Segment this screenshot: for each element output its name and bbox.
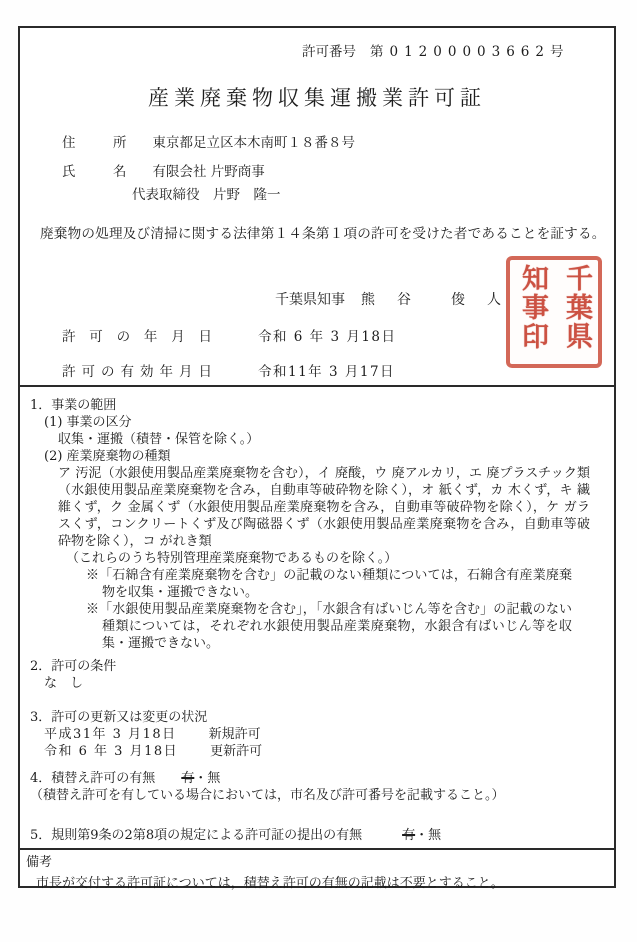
address-row: 住 所東京都足立区本木南町１８番８号	[62, 131, 355, 151]
document-title: 産業廃棄物収集運搬業許可証	[20, 82, 614, 112]
address-label: 住 所	[62, 131, 139, 151]
asbestos-note: ※「石綿含有産業廃棄物を含む」の記載のない種類については，石綿含有産業廃棄物を収…	[102, 567, 572, 601]
permit-number-row: 許可番号第01200003662号	[302, 40, 569, 60]
grant-date-row: 許可の年月日令和 6 年 3 月18日	[62, 325, 397, 345]
history-row: 平成31年 3 月18日新規許可	[44, 726, 608, 743]
issuer-name: 熊 谷 俊 人	[361, 292, 505, 308]
remarks-label: 備考	[26, 851, 608, 870]
history-date: 令和 6 年 3 月18日	[44, 744, 178, 759]
section2-heading: 2．許可の条件	[30, 658, 608, 675]
expiry-date-label: 許可の有効年月日	[62, 360, 212, 380]
section1-sub2-heading: (2) 産業廃棄物の種類	[44, 448, 608, 465]
section-business-scope: 1．事業の範囲 (1) 事業の区分 収集・運搬（積替・保管を除く。） (2) 産…	[30, 397, 608, 652]
section-permit-conditions: 2．許可の条件 な し	[30, 658, 608, 692]
section-transshipment-permit: 4．積替え許可の有無有・無 （積替え許可を有している場合においては，市名及び許可…	[30, 770, 608, 804]
grant-date-value: 令和 6 年 3 月18日	[258, 329, 397, 345]
seal-characters: 千葉県知事印	[510, 264, 598, 360]
issuer-title: 千葉県知事	[275, 292, 345, 308]
section1-heading: 1．事業の範囲	[30, 397, 608, 414]
expiry-date-value: 令和11年 3 月17日	[258, 364, 395, 380]
remarks-body: 市長が交付する許可証については，積替え許可の有無の記載は不要とすること。	[36, 872, 608, 891]
remarks-box: 備考 市長が交付する許可証については，積替え許可の有無の記載は不要とすること。	[18, 848, 616, 888]
issuer-row: 千葉県知事熊 谷 俊 人	[275, 289, 505, 309]
section-divider	[18, 385, 616, 387]
mercury-note: ※「水銀使用製品産業廃棄物を含む」，「水銀含有ばいじん等を含む」の記載のない種類…	[102, 601, 572, 652]
yes-no-mark: 有・無	[402, 828, 441, 843]
section4-heading: 4．積替え許可の有無	[30, 771, 155, 786]
company-name: 有限会社 片野商事	[153, 164, 265, 180]
history-event: 新規許可	[209, 727, 261, 742]
no-option: 無	[207, 771, 220, 786]
no-option: 無	[428, 828, 441, 843]
history-event: 更新許可	[210, 744, 262, 759]
special-waste-exclusion: （これらのうち特別管理産業廃棄物であるものを除く。）	[66, 550, 608, 567]
section-certificate-submission: 5．規則第9条の2第8項の規定による許可証の提出の有無有・無	[30, 827, 608, 844]
section3-heading: 3．許可の更新又は変更の状況	[30, 709, 608, 726]
expiry-date-row: 許可の有効年月日令和11年 3 月17日	[62, 360, 395, 380]
representative-name: 代表取締役 片野 隆一	[132, 187, 281, 203]
scanned-page: 許可番号第01200003662号 産業廃棄物収集運搬業許可証 住 所東京都足立…	[0, 0, 637, 942]
section1-sub1-heading: (1) 事業の区分	[44, 414, 608, 431]
yes-option-struck: 有	[402, 828, 415, 843]
section4-heading-row: 4．積替え許可の有無有・無	[30, 770, 608, 787]
section1-sub1-body: 収集・運搬（積替・保管を除く。）	[58, 431, 608, 448]
history-row: 令和 6 年 3 月18日更新許可	[44, 743, 608, 760]
history-date: 平成31年 3 月18日	[44, 727, 177, 742]
yes-option-struck: 有	[181, 771, 194, 786]
section5-heading: 5．規則第9条の2第8項の規定による許可証の提出の有無	[30, 828, 362, 843]
section2-body: な し	[44, 675, 608, 692]
separator-dot: ・	[194, 771, 207, 786]
name-label: 氏 名	[62, 160, 139, 180]
official-seal: 千葉県知事印	[506, 256, 602, 368]
waste-types-list: ア 汚泥（水銀使用製品産業廃棄物を含む），イ 廃酸，ウ 廃アルカリ，エ 廃プラス…	[58, 465, 590, 550]
representative-row: 代表取締役 片野 隆一	[132, 183, 281, 203]
permit-number-label: 許可番号	[302, 44, 356, 60]
address-value: 東京都足立区本木南町１８番８号	[153, 135, 356, 151]
document-border: 許可番号第01200003662号 産業廃棄物収集運搬業許可証 住 所東京都足立…	[18, 26, 616, 888]
separator-dot: ・	[415, 828, 428, 843]
section4-note: （積替え許可を有している場合においては，市名及び許可番号を記載すること。）	[30, 787, 608, 804]
permit-number-value: 第01200003662号	[370, 44, 569, 60]
yes-no-mark: 有・無	[181, 771, 220, 786]
name-row: 氏 名有限会社 片野商事	[62, 160, 265, 180]
grant-date-label: 許可の年月日	[62, 325, 212, 345]
certification-statement: 廃棄物の処理及び清掃に関する法律第１４条第１項の許可を受けた者であることを証する…	[40, 222, 606, 242]
section-renewal-history: 3．許可の更新又は変更の状況 平成31年 3 月18日新規許可 令和 6 年 3…	[30, 709, 608, 760]
